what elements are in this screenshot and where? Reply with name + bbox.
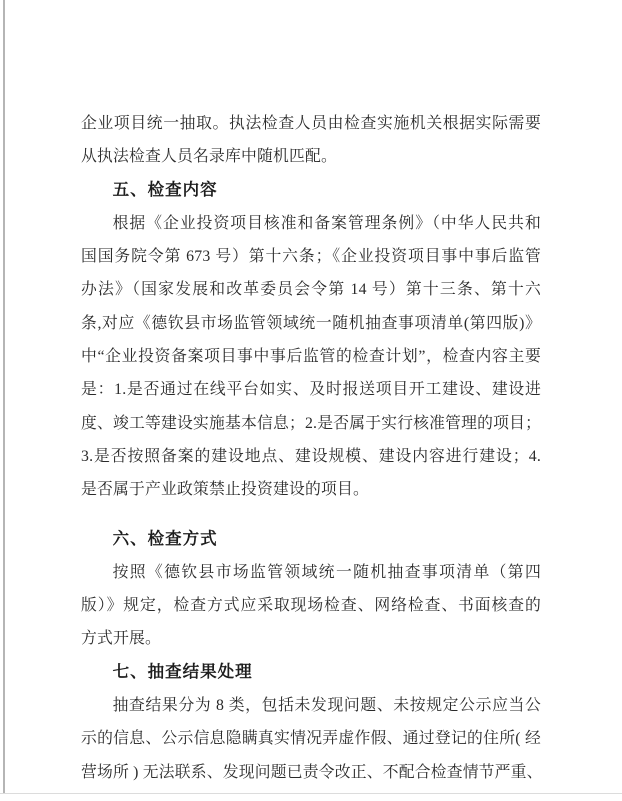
text-line: 条,对应《德钦县市场监管领域统一随机抽查事项清单(第四版)》 <box>81 307 541 340</box>
text-line: 版）》规定，检查方式应采取现场检查、网络检查、书面核查的 <box>81 589 541 622</box>
section-heading-6: 六、检查方式 <box>81 523 541 556</box>
page-bottom-edge <box>0 793 622 794</box>
document-body: 企业项目统一抽取。执法检查人员由检查实施机关根据实际需要 从执法检查人员名录库中… <box>81 107 541 789</box>
text-line: 营场所 ) 无法联系、发现问题已责令改正、不配合检查情节严重、 <box>81 756 541 789</box>
text-line: 根据《企业投资项目核准和备案管理条例》（中华人民共和 <box>81 207 541 240</box>
text-line: 方式开展。 <box>81 622 541 655</box>
text-line: 国国务院令第 673 号）第十六条；《企业投资项目事中事后监管 <box>81 240 541 273</box>
text-line: 按照《德钦县市场监管领域统一随机抽查事项清单（第四 <box>81 556 541 589</box>
text-line: 企业项目统一抽取。执法检查人员由检查实施机关根据实际需要 <box>81 107 541 140</box>
document-page: 企业项目统一抽取。执法检查人员由检查实施机关根据实际需要 从执法检查人员名录库中… <box>0 0 622 801</box>
text-line: 办法》（国家发展和改革委员会令第 14 号）第十三条、第十六 <box>81 273 541 306</box>
text-line: 中“企业投资备案项目事中事后监管的检查计划”，检查内容主要 <box>81 340 541 373</box>
text-line: 从执法检查人员名录库中随机匹配。 <box>81 140 541 173</box>
text-line: 示的信息、公示信息隐瞒真实情况弄虚作假、通过登记的住所( 经 <box>81 722 541 755</box>
text-line: 是否属于产业政策禁止投资建设的项目。 <box>81 473 541 506</box>
section-heading-7: 七、抽查结果处理 <box>81 656 541 689</box>
text-line: 是：1.是否通过在线平台如实、及时报送项目开工建设、建设进 <box>81 373 541 406</box>
text-line: 3.是否按照备案的建设地点、建设规模、建设内容进行建设；4. <box>81 440 541 473</box>
text-line: 抽查结果分为 8 类，包括未发现问题、未按规定公示应当公 <box>81 689 541 722</box>
section-heading-5: 五、检查内容 <box>81 174 541 207</box>
page-left-edge <box>3 0 5 793</box>
text-line: 度、竣工等建设实施基本信息；2.是否属于实行核准管理的项目； <box>81 407 541 440</box>
